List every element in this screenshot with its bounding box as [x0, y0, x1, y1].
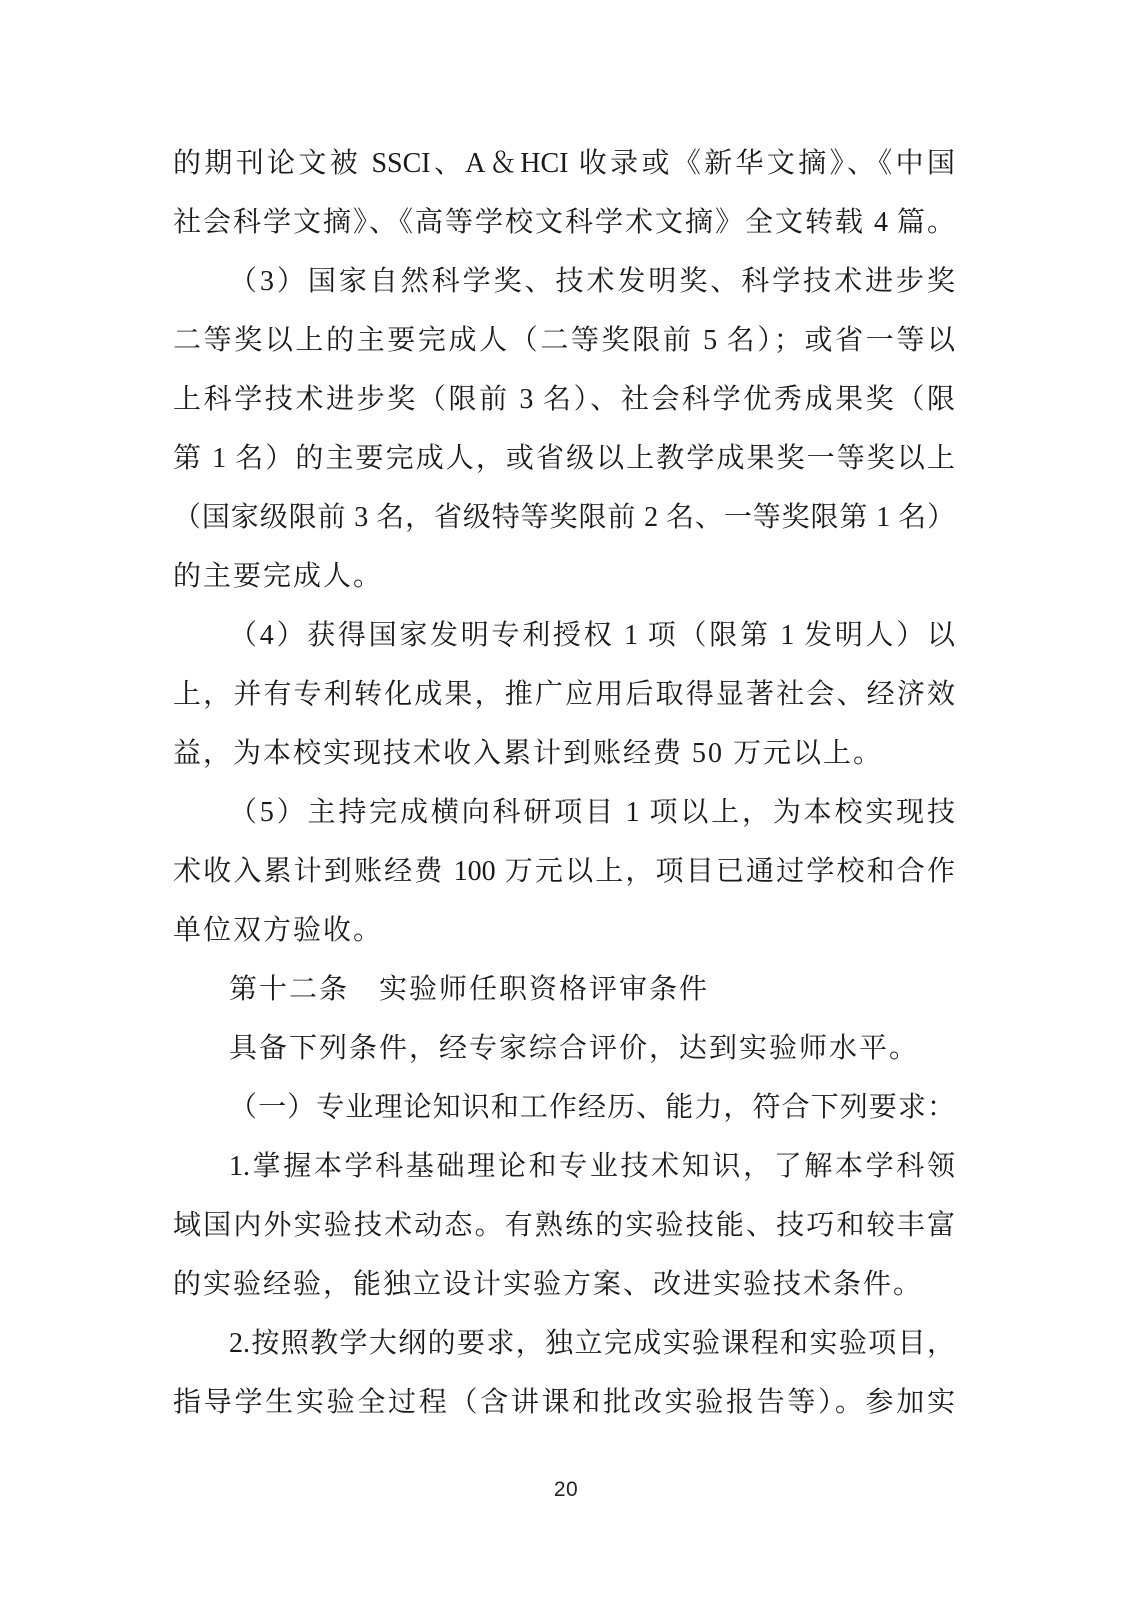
text-line: （一）专业理论知识和工作经历、能力，符合下列要求：: [173, 1078, 955, 1137]
text-line: 1.掌握本学科基础理论和专业技术知识，了解本学科领: [173, 1137, 955, 1196]
document-page: 的期刊论文被 SSCI、A＆HCI 收录或《新华文摘》、《中国社会科学文摘》、《…: [0, 0, 1132, 1600]
text-line: 益，为本校实现技术收入累计到账经费 50 万元以上。: [173, 724, 955, 783]
text-line: 上科学技术进步奖（限前 3 名）、社会科学优秀成果奖（限: [173, 370, 955, 429]
text-line: 上，并有专利转化成果，推广应用后取得显著社会、经济效: [173, 665, 955, 724]
text-line: 二等奖以上的主要完成人（二等奖限前 5 名）；或省一等以: [173, 311, 955, 370]
text-line: （3）国家自然科学奖、技术发明奖、科学技术进步奖: [173, 252, 955, 311]
text-line: （4）获得国家发明专利授权 1 项（限第 1 发明人）以: [173, 606, 955, 665]
text-line: 术收入累计到账经费 100 万元以上，项目已通过学校和合作: [173, 842, 955, 901]
text-line: （国家级限前 3 名，省级特等奖限前 2 名、一等奖限第 1 名）: [173, 488, 955, 547]
text-line: 第十二条 实验师任职资格评审条件: [173, 960, 955, 1019]
text-line: 具备下列条件，经专家综合评价，达到实验师水平。: [173, 1019, 955, 1078]
page-number: 20: [0, 1478, 1132, 1502]
text-line: 的主要完成人。: [173, 547, 955, 606]
text-line: 域国内外实验技术动态。有熟练的实验技能、技巧和较丰富: [173, 1196, 955, 1255]
text-line: 社会科学文摘》、《高等学校文科学术文摘》全文转载 4 篇。: [173, 193, 955, 252]
text-line: 的期刊论文被 SSCI、A＆HCI 收录或《新华文摘》、《中国: [173, 134, 955, 193]
text-line: 指导学生实验全过程（含讲课和批改实验报告等）。参加实: [173, 1373, 955, 1432]
text-line: 2.按照教学大纲的要求，独立完成实验课程和实验项目，: [173, 1314, 955, 1373]
text-line: 的实验经验，能独立设计实验方案、改进实验技术条件。: [173, 1255, 955, 1314]
document-body: 的期刊论文被 SSCI、A＆HCI 收录或《新华文摘》、《中国社会科学文摘》、《…: [173, 134, 955, 1432]
text-line: 单位双方验收。: [173, 901, 955, 960]
text-line: （5）主持完成横向科研项目 1 项以上，为本校实现技: [173, 783, 955, 842]
text-line: 第 1 名）的主要完成人，或省级以上教学成果奖一等奖以上: [173, 429, 955, 488]
